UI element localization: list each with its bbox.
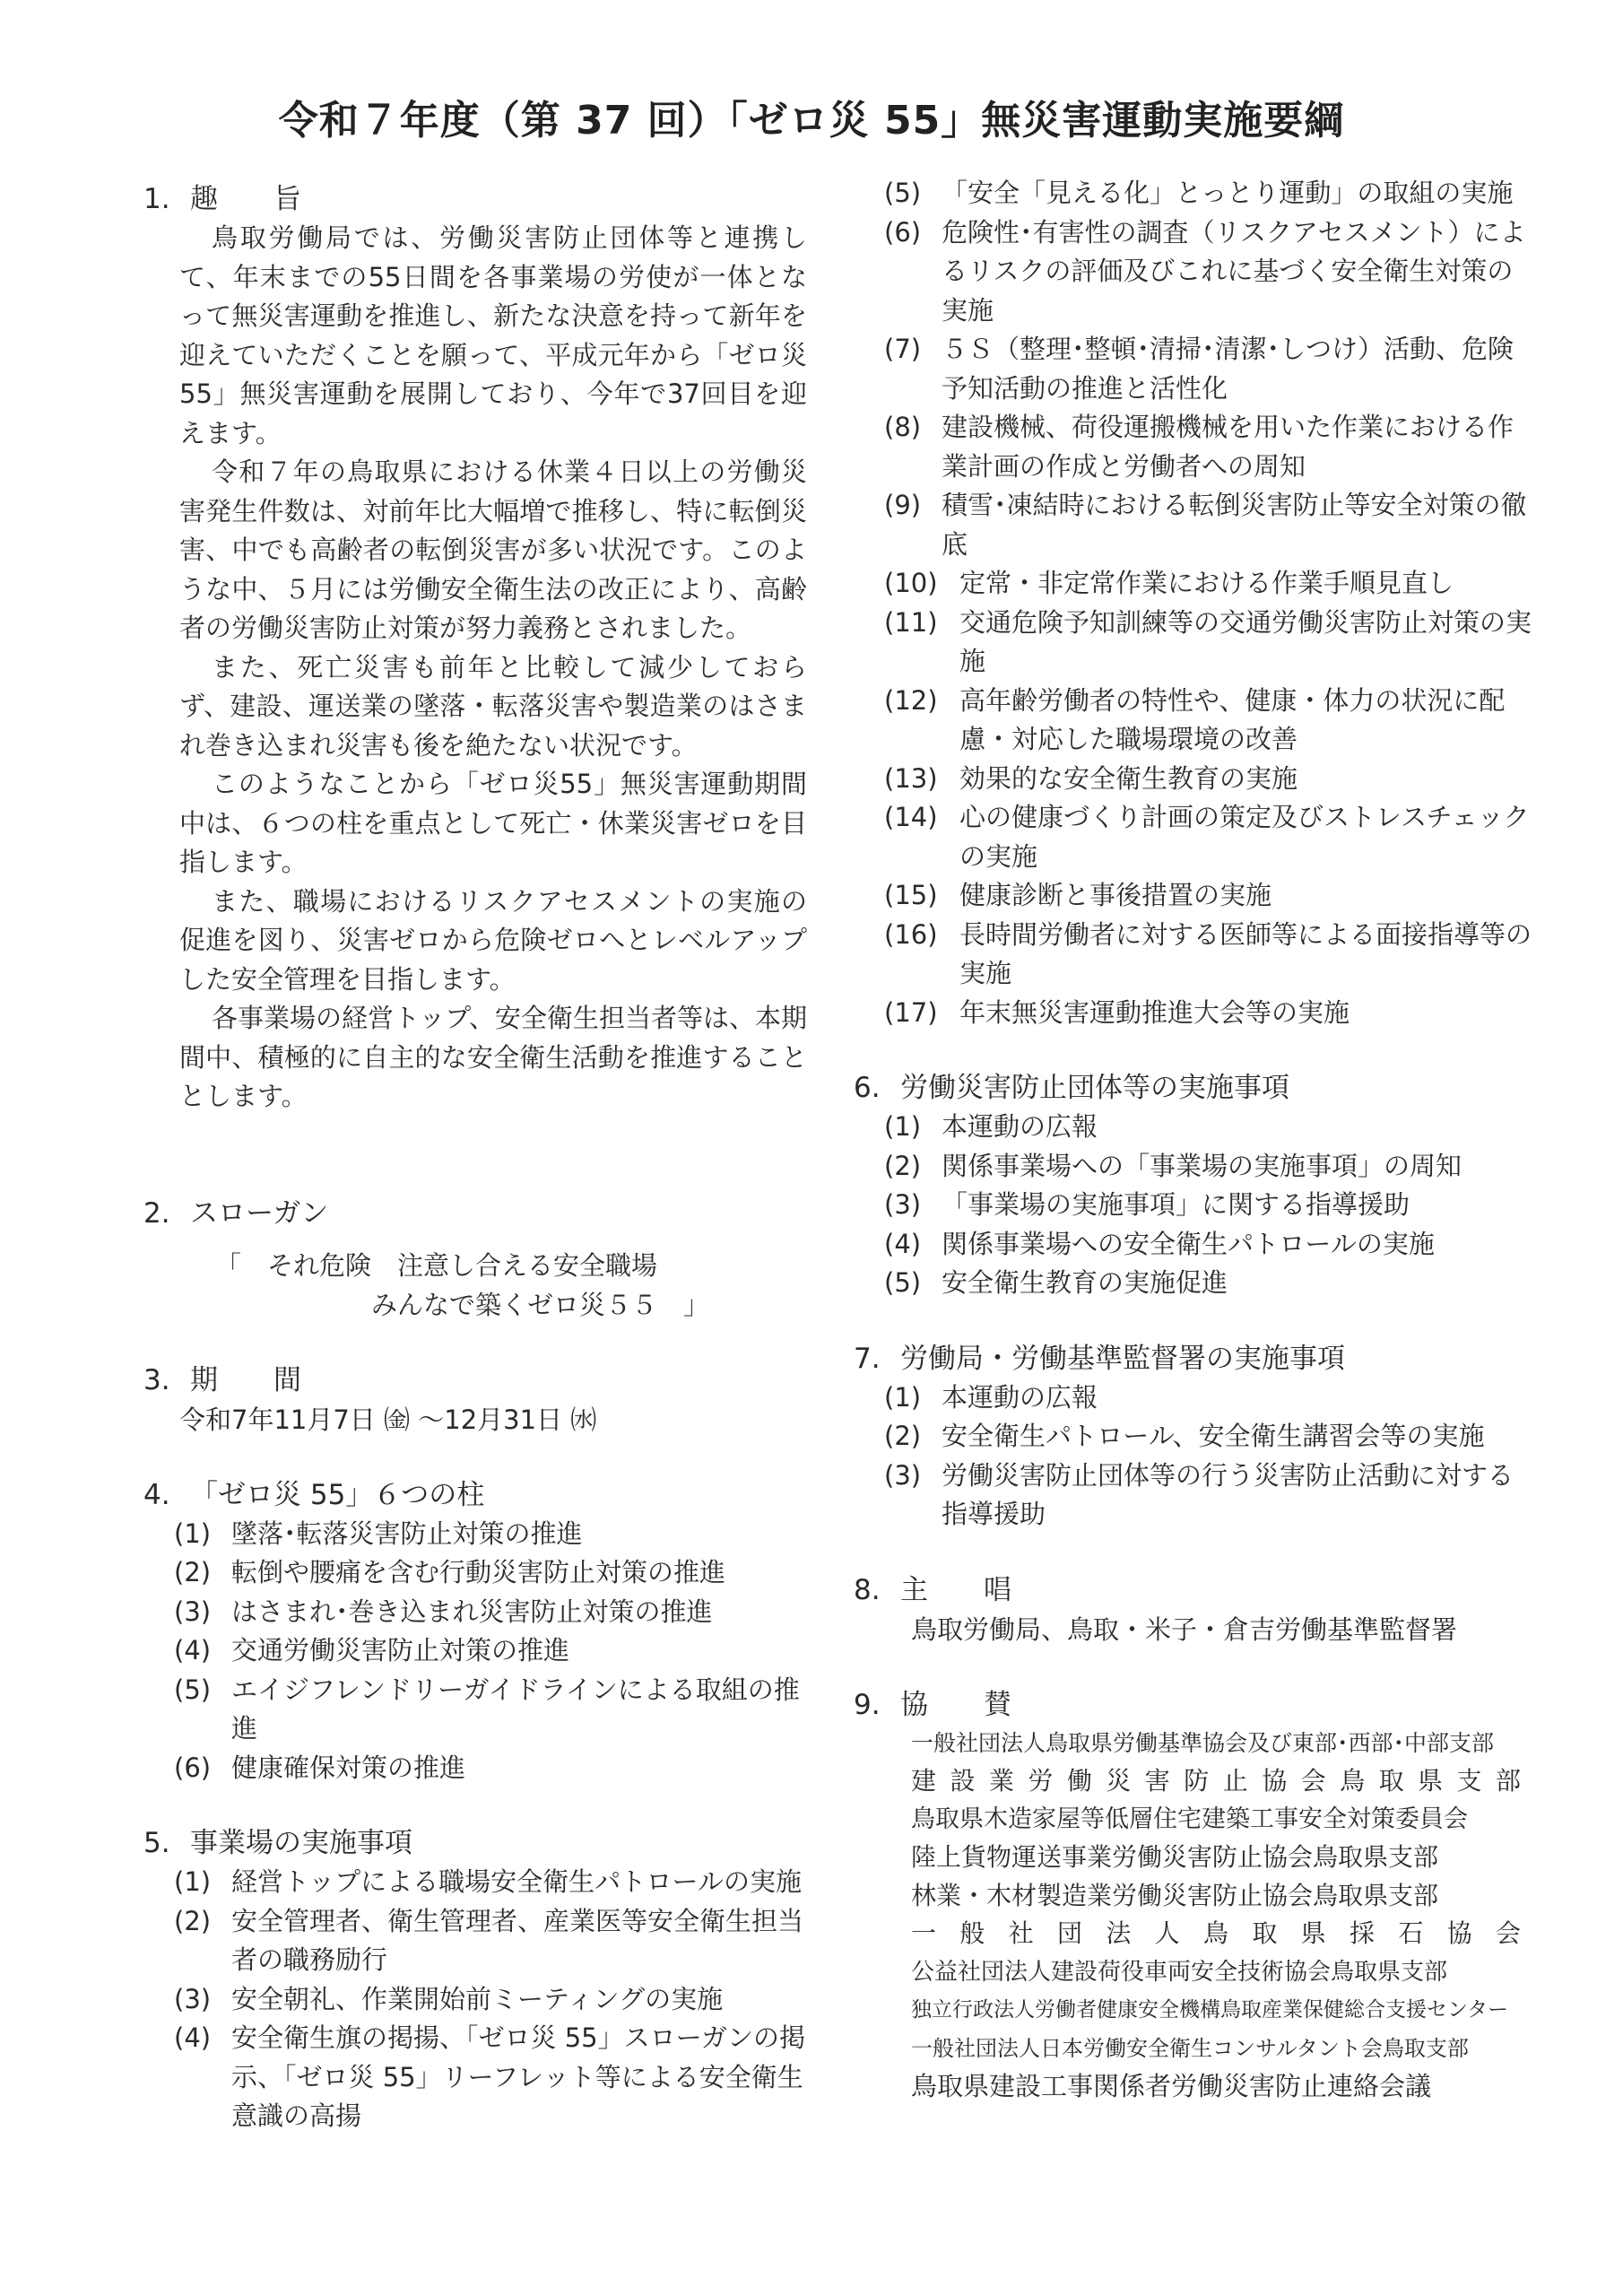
purpose-paragraph: 各事業場の経営トップ、安全衛生担当者等は、本期間中、積極的に自主的な安全衛生活動… [179, 999, 807, 1117]
workplace-item: (3)安全朝礼、作業開始前ミーティングの実施 [174, 1980, 807, 2020]
section-5-heading: 5.事業場の実施事項 [143, 1823, 807, 1863]
document-title: 令和７年度（第 37 回）「ゼロ災 55」無災害運動実施要綱 [0, 88, 1623, 145]
org-item: (1)本運動の広報 [884, 1108, 1535, 1147]
workplace-item: (17)年末無災害運動推進大会等の実施 [884, 994, 1535, 1033]
section-9-heading: 9.協 賛 [854, 1685, 1535, 1725]
purpose-paragraph: また、死亡災害も前年と比較して減少しておらず、建設、運送業の墜落・転落災害や製造… [179, 648, 807, 766]
sponsor-item: 一般社団法人日本労働安全衛生コンサルタント会鳥取支部 [911, 2030, 1521, 2068]
workplace-item: (2)安全管理者、衛生管理者、産業医等安全衛生担当者の職務励行 [174, 1902, 807, 1980]
org-item: (4)関係事業場への安全衛生パトロールの実施 [884, 1225, 1535, 1265]
workplace-item: (15)健康診断と事後措置の実施 [884, 876, 1535, 916]
sponsor-item: 林業・木材製造業労働災害防止協会鳥取県支部 [911, 1877, 1521, 1916]
campaign-period: 令和7年11月7日 ㈮ ～12月31日 ㈬ [179, 1400, 807, 1439]
sponsor-item: 一般社団法人鳥取県労働基準協会及び東部･西部･中部支部 [911, 1725, 1521, 1763]
workplace-item: (5)「安全「見える化」とっとり運動」の取組の実施 [884, 174, 1535, 213]
workplace-item: (11)交通危険予知訓練等の交通労働災害防止対策の実施 [884, 604, 1535, 682]
section-6-heading: 6.労働災害防止団体等の実施事項 [854, 1068, 1535, 1108]
pillar-item: (4)交通労働災害防止対策の推進 [174, 1631, 807, 1671]
organizer-text: 鳥取労働局、鳥取・米子・倉吉労働基準監督署 [911, 1610, 1535, 1649]
purpose-paragraph: このようなことから「ゼロ災55」無災害運動期間中は、６つの柱を重点として死亡・休… [179, 765, 807, 883]
workplace-item: (9)積雪･凍結時における転倒災害防止等安全対策の徹底 [884, 486, 1535, 564]
workplace-item: (6)危険性･有害性の調査（リスクアセスメント）によるリスクの評価及びこれに基づ… [884, 213, 1535, 331]
sponsor-item: 建設業労働災害防止協会鳥取県支部 [911, 1762, 1521, 1801]
sponsor-item: 独立行政法人労働者健康安全機構鳥取産業保健総合支援センター [911, 1991, 1521, 2030]
section-1-heading: 1.趣 旨 [143, 179, 807, 219]
workplace-item: (1)経営トップによる職場安全衛生パトロールの実施 [174, 1863, 807, 1902]
workplace-item: (7)５Ｓ（整理･整頓･清掃･清潔･しつけ）活動、危険予知活動の推進と活性化 [884, 330, 1535, 408]
workplace-item: (14)心の健康づくり計画の策定及びストレスチェックの実施 [884, 798, 1535, 876]
purpose-paragraph: 令和７年の鳥取県における休業４日以上の労働災害発生件数は、対前年比大幅増で推移し… [179, 453, 807, 648]
pillar-item: (3)はさまれ･巻き込まれ災害防止対策の推進 [174, 1593, 807, 1632]
sponsor-item: 陸上貨物運送事業労働災害防止協会鳥取県支部 [911, 1839, 1521, 1877]
section-2-heading: 2.スローガン [143, 1194, 807, 1233]
workplace-item: (10)定常・非定常作業における作業手順見直し [884, 564, 1535, 604]
pillar-item: (1)墜落･転落災害防止対策の推進 [174, 1515, 807, 1554]
section-3-heading: 3.期 間 [143, 1361, 807, 1400]
purpose-paragraph: また、職場におけるリスクアセスメントの実施の促進を図り、災害ゼロから危険ゼロへと… [179, 883, 807, 1000]
sponsor-item: 鳥取県木造家屋等低層住宅建築工事安全対策委員会 [911, 1801, 1521, 1839]
right-column: (5)「安全「見える化」とっとり運動」の取組の実施 (6)危険性･有害性の調査（… [854, 174, 1535, 2106]
workplace-item: (8)建設機械、荷役運搬機械を用いた作業における作業計画の作成と労働者への周知 [884, 408, 1535, 486]
section-4-heading: 4.「ゼロ災 55」６つの柱 [143, 1475, 807, 1515]
bureau-item: (3)労働災害防止団体等の行う災害防止活動に対する指導援助 [884, 1457, 1535, 1535]
workplace-item: (12)高年齢労働者の特性や、健康・体力の状況に配慮・対応した職場環境の改善 [884, 682, 1535, 760]
section-7-heading: 7.労働局・労働基準監督署の実施事項 [854, 1339, 1535, 1378]
bureau-item: (1)本運動の広報 [884, 1378, 1535, 1418]
workplace-item: (16)長時間労働者に対する医師等による面接指導等の実施 [884, 916, 1535, 994]
purpose-paragraph: 鳥取労働局では、労働災害防止団体等と連携して、年末までの55日間を各事業場の労使… [179, 219, 807, 453]
sponsor-item: 公益社団法人建設荷役車両安全技術協会鳥取県支部 [911, 1953, 1521, 1992]
slogan-line-2: みんなで築くゼロ災５５ 」 [215, 1285, 807, 1325]
org-item: (5)安全衛生教育の実施促進 [884, 1264, 1535, 1303]
workplace-item: (13)効果的な安全衛生教育の実施 [884, 760, 1535, 799]
left-column: 1.趣 旨 鳥取労働局では、労働災害防止団体等と連携して、年末までの55日間を各… [143, 179, 807, 2136]
section-8-heading: 8.主 唱 [854, 1570, 1535, 1610]
org-item: (2)関係事業場への「事業場の実施事項」の周知 [884, 1147, 1535, 1187]
pillar-item: (2)転倒や腰痛を含む行動災害防止対策の推進 [174, 1553, 807, 1593]
slogan-line-1: 「 それ危険 注意し合える安全職場 [215, 1246, 807, 1285]
sponsor-item: 鳥取県建設工事関係者労働災害防止連絡会議 [911, 2067, 1521, 2106]
workplace-item: (4)安全衛生旗の掲揚、「ゼロ災 55」スローガンの掲示、「ゼロ災 55」リーフ… [174, 2019, 807, 2136]
pillar-item: (6)健康確保対策の推進 [174, 1749, 807, 1788]
bureau-item: (2)安全衛生パトロール、安全衛生講習会等の実施 [884, 1417, 1535, 1457]
pillar-item: (5)エイジフレンドリーガイドラインによる取組の推進 [174, 1671, 807, 1749]
sponsor-item: 一般社団法人鳥取県採石協会 [911, 1915, 1521, 1953]
org-item: (3)「事業場の実施事項」に関する指導援助 [884, 1186, 1535, 1225]
